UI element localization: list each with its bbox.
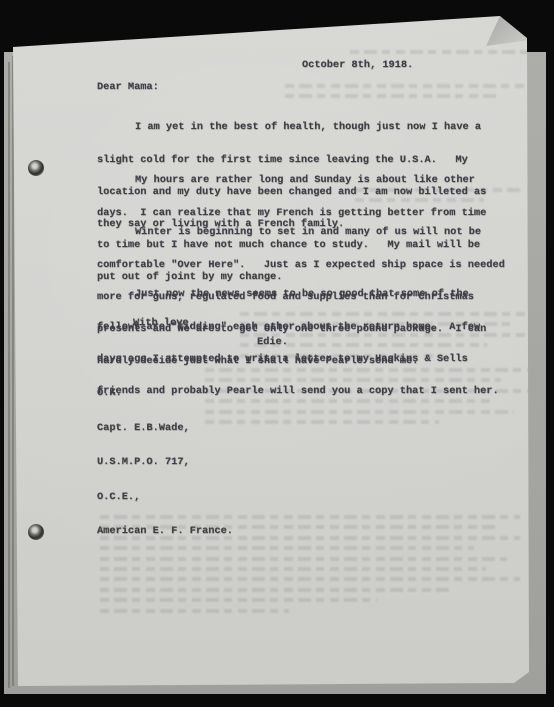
letter-signature: Edie. (257, 337, 288, 348)
scanned-letter-view: October 8th, 1918. Dear Mama: I am yet i… (0, 0, 554, 707)
censor-line: O.C.E., (97, 492, 233, 504)
letter-line: My hours are rather long and Sunday is a… (97, 175, 486, 186)
letter-line: Just now the news seems to be so good th… (97, 289, 499, 300)
letter-line: I am yet in the best of health, though j… (97, 122, 486, 133)
letter-line: days ago I attempted to write a letter t… (97, 354, 499, 365)
censor-line: Capt. E.B.Wade, (97, 423, 233, 435)
censor-line: O.K. (97, 388, 233, 400)
letter-greeting: Dear Mama: (97, 82, 159, 93)
letter-page: October 8th, 1918. Dear Mama: I am yet i… (0, 0, 554, 707)
fastener-hole (28, 160, 44, 176)
censor-line: American E. F. France. (97, 526, 233, 538)
sheet-edge-line (8, 62, 10, 688)
letter-date: October 8th, 1918. (302, 60, 413, 71)
page-corner-fold (486, 12, 536, 50)
fastener-hole (28, 524, 44, 540)
letter-line: Winter is beginning to set in and many o… (97, 227, 505, 238)
sheet-edge-line (12, 56, 14, 686)
censor-line: U.S.M.P.O. 717, (97, 457, 233, 469)
censor-approval-block: O.K. Capt. E.B.Wade, U.S.M.P.O. 717, O.C… (97, 365, 233, 561)
letter-closing: With love, (133, 318, 195, 329)
